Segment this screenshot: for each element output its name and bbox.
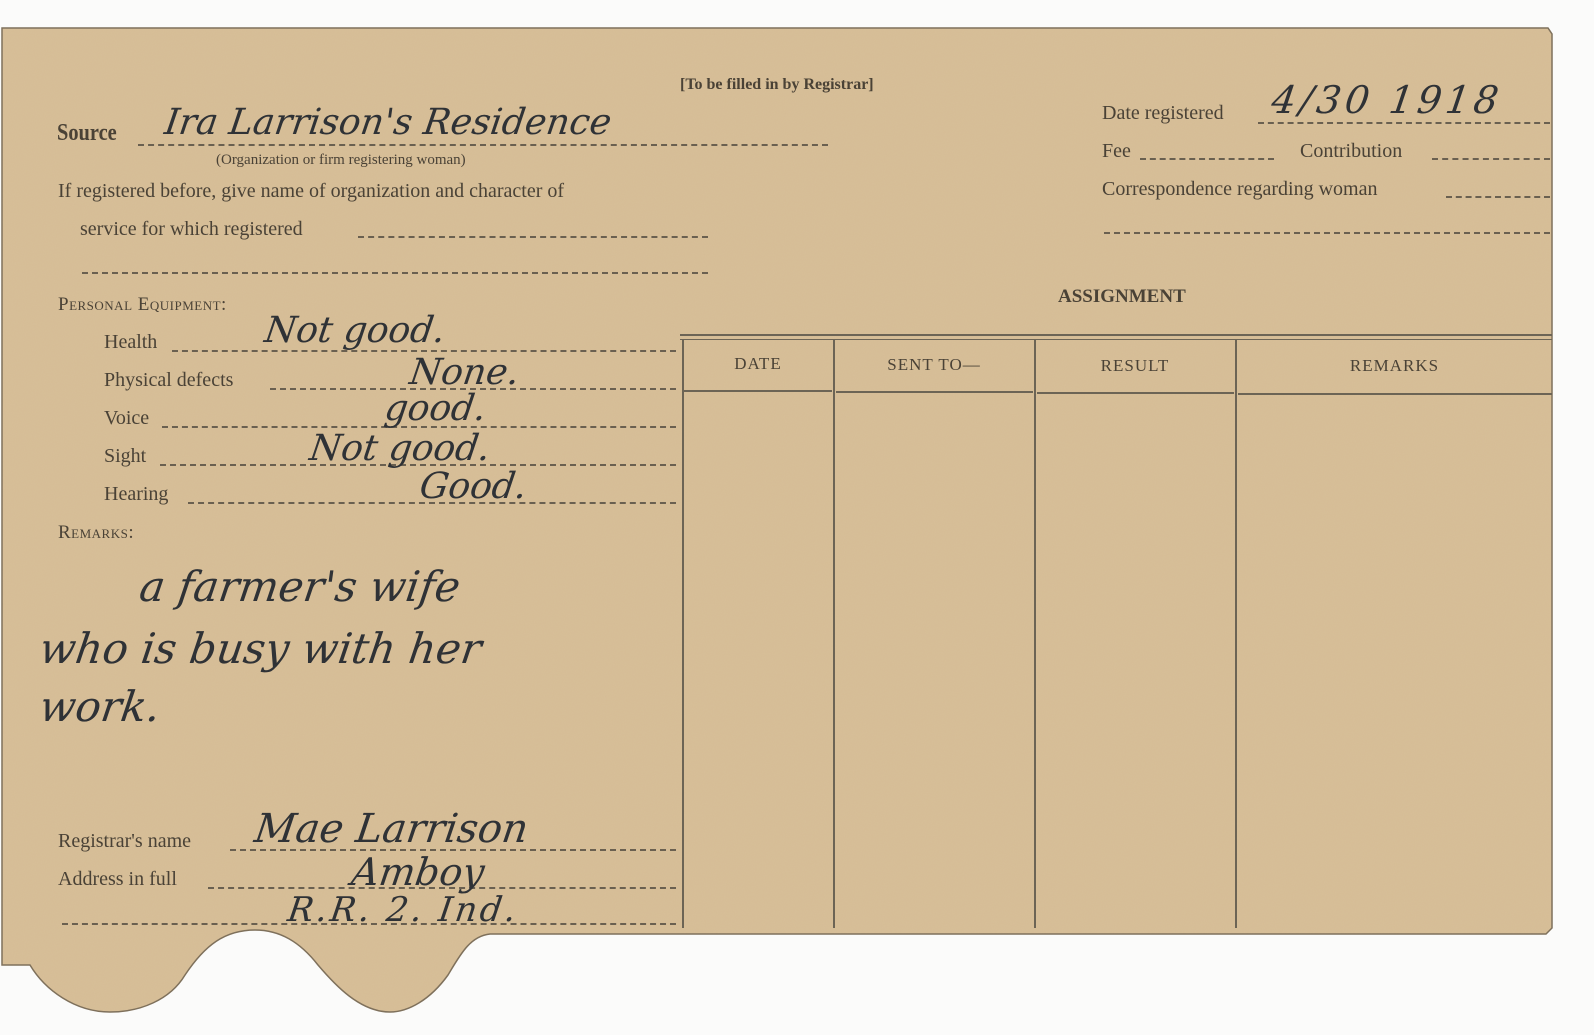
header-underline-sent-to	[836, 391, 1033, 393]
correspondence-line-1[interactable]	[1446, 196, 1550, 198]
address-value-2[interactable]: R.R. 2. Ind.	[285, 890, 521, 930]
registrar-name-label: Registrar's name	[58, 830, 191, 853]
correspondence-label: Correspondence regarding woman	[1102, 178, 1377, 201]
prior-registration-line-2[interactable]	[82, 272, 708, 274]
column-header-sent-to: SENT TO—	[835, 355, 1033, 375]
source-line	[138, 144, 828, 146]
health-label: Health	[104, 331, 157, 354]
remarks-column-cells[interactable]	[1237, 395, 1551, 925]
hearing-label: Hearing	[104, 483, 168, 506]
hearing-value[interactable]: Good.	[417, 466, 529, 507]
prior-registration-line-1[interactable]	[358, 236, 708, 238]
remarks-line-1[interactable]: a farmer's wife	[137, 562, 464, 611]
result-column-cells[interactable]	[1036, 395, 1234, 925]
registrar-name-value[interactable]: Mae Larrison	[252, 806, 531, 852]
date-column-cells[interactable]	[684, 395, 832, 925]
fee-line[interactable]	[1140, 158, 1274, 160]
source-label: Source	[57, 120, 117, 147]
voice-label: Voice	[104, 407, 149, 430]
remarks-line-3[interactable]: work.	[37, 682, 164, 731]
remarks-line-2[interactable]: who is busy with her	[37, 624, 485, 673]
sight-value[interactable]: Not good.	[307, 428, 493, 469]
contribution-line[interactable]	[1432, 158, 1550, 160]
personal-equipment-heading: Personal Equipment:	[58, 294, 227, 316]
address-label: Address in full	[58, 868, 177, 891]
prior-registration-label-2: service for which registered	[80, 218, 303, 241]
fee-label: Fee	[1102, 140, 1131, 163]
date-registered-label: Date registered	[1102, 102, 1224, 125]
table-top-rule-2	[680, 339, 1552, 340]
health-value[interactable]: Not good.	[262, 310, 448, 351]
header-underline-date	[684, 390, 832, 392]
header-underline-result	[1037, 392, 1234, 394]
date-registered-value[interactable]: 4/30 1918	[1269, 78, 1505, 122]
source-value[interactable]: Ira Larrison's Residence	[162, 102, 614, 143]
column-header-remarks: REMARKS	[1237, 356, 1552, 376]
remarks-heading: Remarks:	[58, 522, 134, 544]
sent-to-column-cells[interactable]	[835, 395, 1033, 925]
address-value-1[interactable]: Amboy	[349, 850, 487, 894]
table-top-rule-1	[680, 334, 1552, 336]
source-caption: (Organization or firm registering woman)	[216, 152, 466, 169]
correspondence-line-2[interactable]	[1104, 232, 1550, 234]
registrar-note: [To be filled in by Registrar]	[680, 76, 874, 94]
contribution-label: Contribution	[1300, 140, 1402, 163]
column-header-result: RESULT	[1036, 356, 1234, 376]
sight-label: Sight	[104, 445, 146, 468]
assignment-heading: ASSIGNMENT	[1058, 286, 1186, 308]
date-registered-line	[1258, 122, 1550, 124]
column-header-date: DATE	[684, 354, 832, 374]
physical-defects-value[interactable]: None.	[407, 352, 522, 393]
voice-value[interactable]: good.	[382, 388, 489, 429]
prior-registration-label-1: If registered before, give name of organ…	[58, 180, 564, 203]
physical-defects-label: Physical defects	[104, 369, 233, 392]
